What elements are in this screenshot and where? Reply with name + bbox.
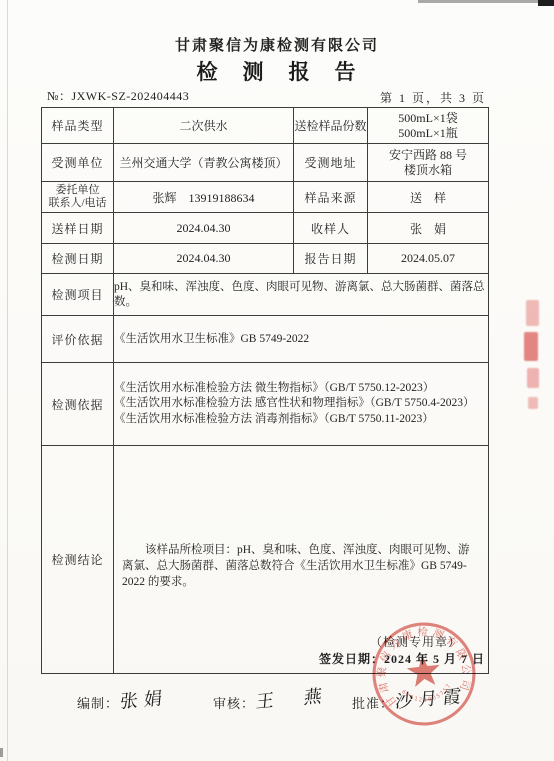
edge-stamp-fragment xyxy=(524,332,538,361)
approved-label: 批准： xyxy=(352,696,394,711)
page-indicator: 第 1 页，共 3 页 xyxy=(380,89,486,106)
address-label: 受测地址 xyxy=(294,144,368,182)
report-date-value: 2024.05.07 xyxy=(368,244,489,274)
delivery-date-value: 2024.04.30 xyxy=(114,213,294,244)
seal-star-icon xyxy=(406,653,442,688)
sample-source-label: 样品来源 xyxy=(294,182,368,213)
sample-count-label: 送检样品份数 xyxy=(294,108,368,144)
reviewed-signature: 王 燕 xyxy=(255,681,329,714)
report-number: №：JXWK-SZ-202404443 xyxy=(47,87,189,104)
scan-corner-mark xyxy=(538,0,554,6)
prepared-label: 编制： xyxy=(77,696,119,711)
test-date-label: 检测日期 xyxy=(42,244,114,274)
conclusion-label: 检测结论 xyxy=(42,446,114,674)
row-test-basis: 检测依据 《生活饮用水标准检验方法 微生物指标》（GB/T 5750.12-20… xyxy=(42,363,489,446)
row-test-date: 检测日期 2024.04.30 报告日期 2024.05.07 xyxy=(42,244,489,274)
sample-source-value: 送 样 xyxy=(368,182,489,213)
address-value: 安宁西路 88 号 楼顶水箱 xyxy=(368,144,489,182)
delivery-date-label: 送样日期 xyxy=(42,213,114,244)
test-basis-line1: 《生活饮用水标准检验方法 微生物指标》（GB/T 5750.12-2023） xyxy=(114,381,488,397)
client-label: 受测单位 xyxy=(42,144,114,182)
test-basis-line2: 《生活饮用水标准检验方法 感官性状和物理指标》（GB/T 5750.4-2023… xyxy=(114,396,488,412)
conclusion-text: 该样品所检项目：pH、臭和味、色度、浑浊度、肉眼可见物、游离氯、总大肠菌群、菌落… xyxy=(114,530,488,590)
client-value: 兰州交通大学（青教公寓楼顶） xyxy=(114,144,294,182)
approved-signature: 沙月霞 xyxy=(394,681,468,714)
row-test-items: 检测项目 pH、臭和味、浑浊度、色度、肉眼可见物、游离氯、总大肠菌群、菌落总数。 xyxy=(42,274,489,316)
test-basis-line3: 《生活饮用水标准检验方法 消毒剂指标》（GB/T 5750.11-2023） xyxy=(114,412,488,428)
evaluation-basis-value: 《生活饮用水卫生标准》GB 5749-2022 xyxy=(114,316,489,363)
scan-bottom-mark xyxy=(0,748,3,757)
meta-row: №：JXWK-SZ-202404443 第 1 页，共 3 页 xyxy=(41,87,488,103)
sample-count-value: 500mL×1袋 500mL×1瓶 xyxy=(368,108,489,144)
edge-stamp-fragment xyxy=(527,368,539,388)
address-line2: 楼顶水箱 xyxy=(368,163,488,178)
row-delivery-date: 送样日期 2024.04.30 收样人 张 娟 xyxy=(42,213,489,244)
sample-count-line1: 500mL×1袋 xyxy=(368,111,488,126)
test-date-value: 2024.04.30 xyxy=(114,244,294,274)
company-seal: 甘肃聚信为康检测有限公司 6201230057575 xyxy=(366,616,482,732)
test-basis-label: 检测依据 xyxy=(42,363,114,446)
contact-label-line1: 委托单位 xyxy=(42,184,113,197)
scan-top-edge xyxy=(418,0,554,3)
contact-value: 张辉 13919188634 xyxy=(114,182,294,213)
approved-by: 批准：沙月霞 xyxy=(352,688,466,714)
address-line1: 安宁西路 88 号 xyxy=(368,148,488,163)
sample-type-label: 样品类型 xyxy=(42,108,114,144)
prepared-by: 编制：张娟 xyxy=(77,688,167,714)
sample-count-line2: 500mL×1瓶 xyxy=(368,126,488,141)
prepared-signature: 张娟 xyxy=(119,684,169,714)
test-items-value: pH、臭和味、浑浊度、色度、肉眼可见物、游离氯、总大肠菌群、菌落总数。 xyxy=(114,274,489,316)
row-contact: 委托单位 联系人/电话 张辉 13919188634 样品来源 送 样 xyxy=(42,182,489,213)
company-name: 甘肃聚信为康检测有限公司 xyxy=(0,34,554,55)
reviewed-by: 审核：王 燕 xyxy=(213,688,327,714)
edge-stamp-fragment xyxy=(526,300,539,326)
test-basis-lines: 《生活饮用水标准检验方法 微生物指标》（GB/T 5750.12-2023） 《… xyxy=(114,381,488,428)
scanned-report-page: 甘肃聚信为康检测有限公司 检 测 报 告 №：JXWK-SZ-202404443… xyxy=(0,0,554,761)
row-client: 受测单位 兰州交通大学（青教公寓楼顶） 受测地址 安宁西路 88 号 楼顶水箱 xyxy=(42,144,489,182)
row-evaluation-basis: 评价依据 《生活饮用水卫生标准》GB 5749-2022 xyxy=(42,316,489,363)
receiver-label: 收样人 xyxy=(294,213,368,244)
receiver-value: 张 娟 xyxy=(368,213,489,244)
test-basis-value: 《生活饮用水标准检验方法 微生物指标》（GB/T 5750.12-2023） 《… xyxy=(114,363,489,446)
reviewed-label: 审核： xyxy=(213,696,255,711)
row-sample-type: 样品类型 二次供水 送检样品份数 500mL×1袋 500mL×1瓶 xyxy=(42,108,489,144)
report-date-label: 报告日期 xyxy=(294,244,368,274)
edge-stamp-fragment xyxy=(528,397,538,409)
contact-label: 委托单位 联系人/电话 xyxy=(42,182,114,213)
report-title: 检 测 报 告 xyxy=(0,56,554,86)
report-info-table: 样品类型 二次供水 送检样品份数 500mL×1袋 500mL×1瓶 受测单位 … xyxy=(41,107,489,674)
contact-label-line2: 联系人/电话 xyxy=(42,197,113,210)
test-items-label: 检测项目 xyxy=(42,274,114,316)
scan-left-edge xyxy=(7,0,8,761)
evaluation-basis-label: 评价依据 xyxy=(42,316,114,363)
sample-type-value: 二次供水 xyxy=(114,108,294,144)
